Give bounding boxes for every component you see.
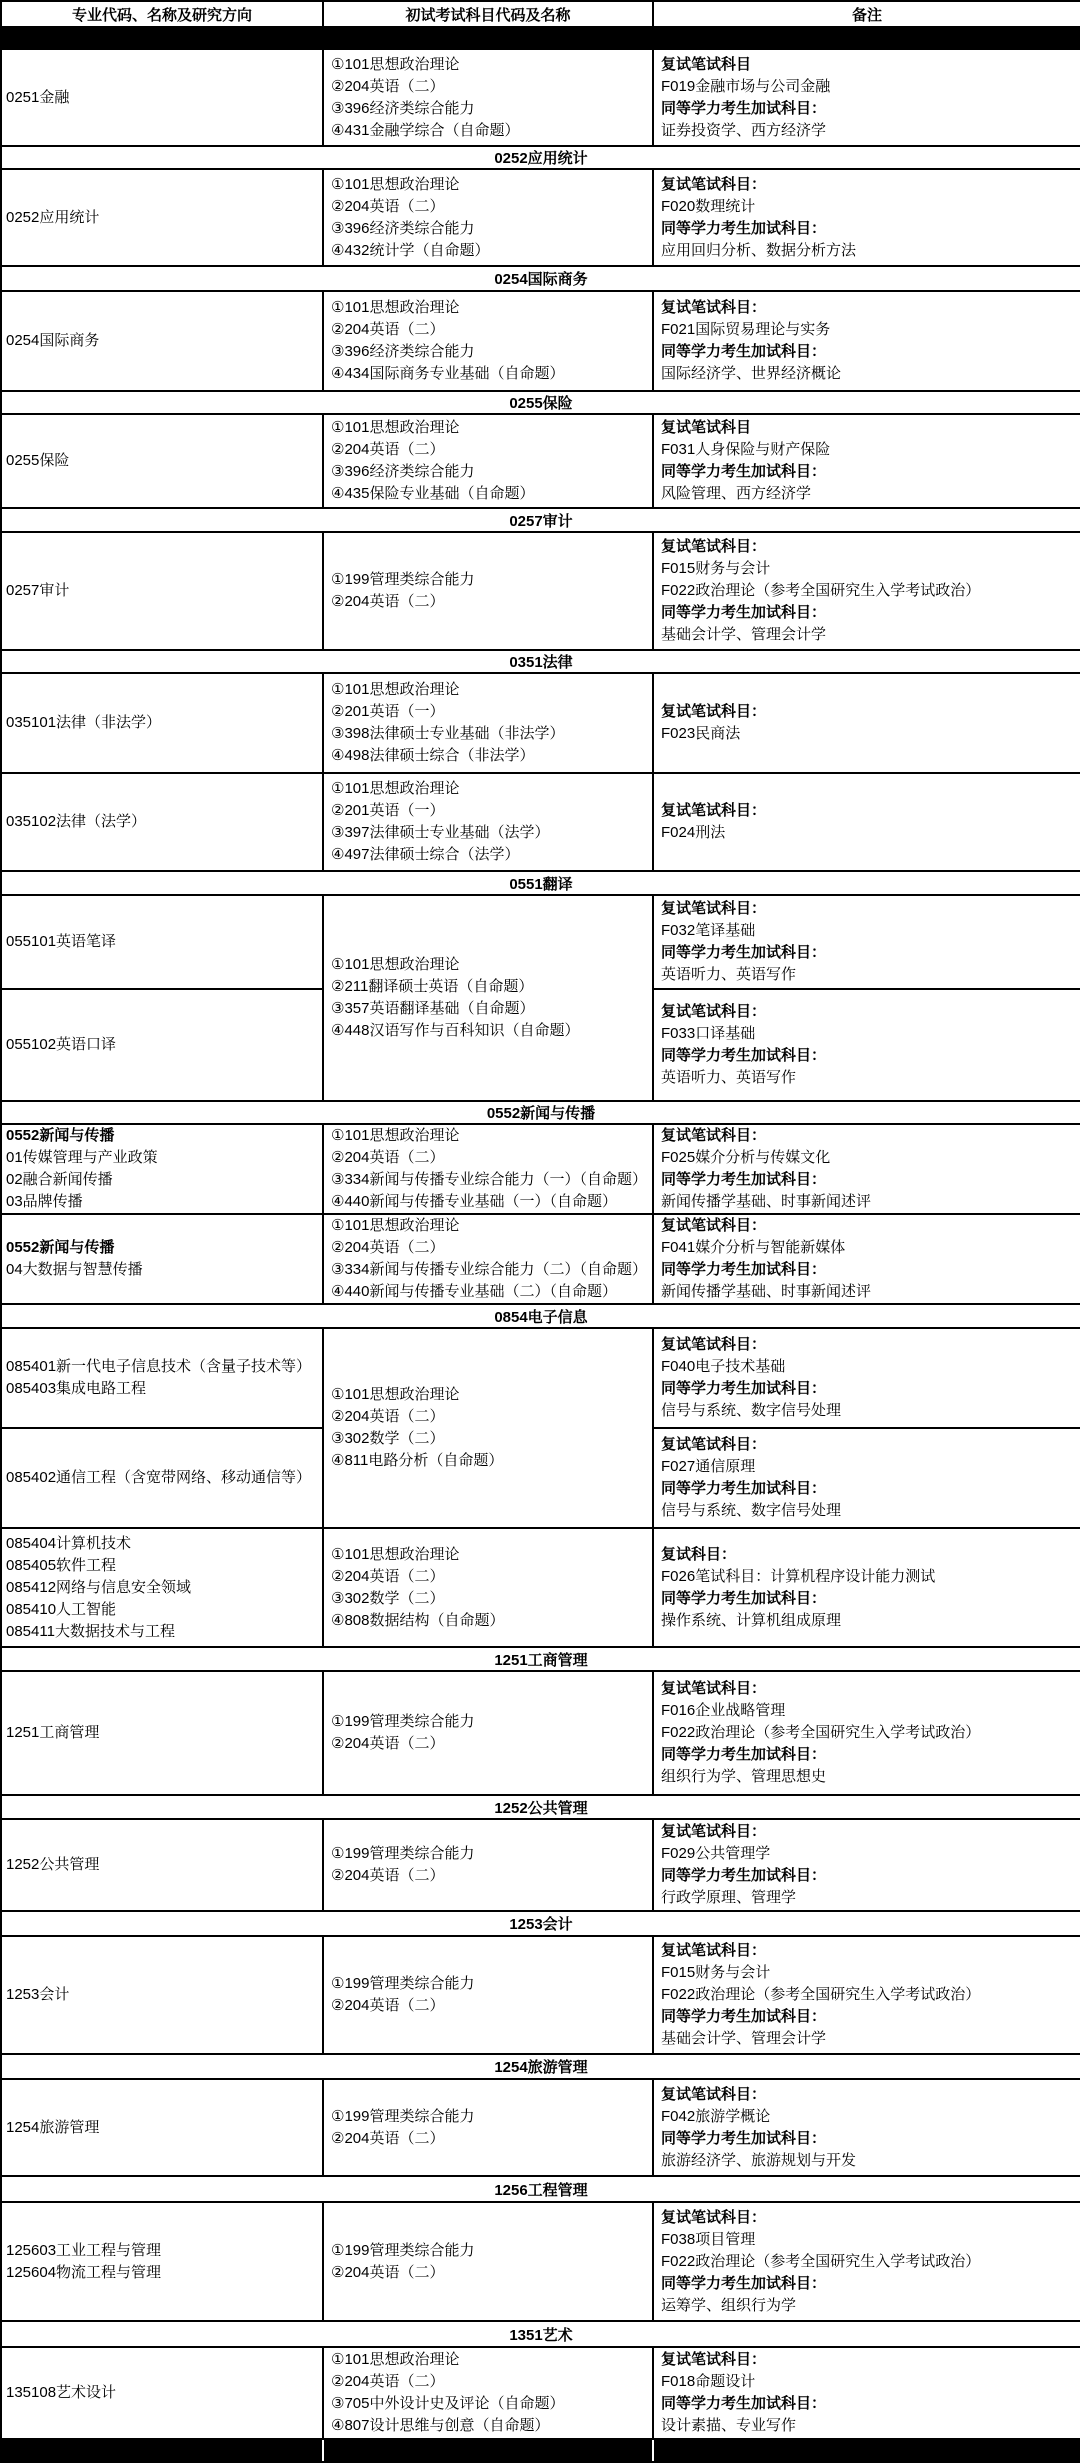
cell-line: ③302数学（二） — [324, 1428, 652, 1450]
major-cell: 1252公共管理 — [1, 1819, 323, 1911]
cell-line: F015财务与会计 — [654, 1962, 1080, 1984]
exam-cell: ①101思想政治理论②204英语（二）③705中外设计史及评论（自命题）④807… — [323, 2347, 653, 2439]
section-header-row: 1256工程管理 — [1, 2176, 1080, 2202]
section-title: 1252公共管理 — [1, 1795, 1080, 1819]
remark-cell: 复试笔试科目：F023民商法 — [653, 673, 1080, 773]
cell-line: 复试笔试科目： — [654, 701, 1080, 723]
cell-line: 复试笔试科目： — [654, 898, 1080, 920]
exam-cell: ①101思想政治理论②204英语（二）③302数学（二）④808数据结构（自命题… — [323, 1528, 653, 1647]
major-cell: 125603工业工程与管理125604物流工程与管理 — [1, 2202, 323, 2321]
cell-line: ④497法律硕士综合（法学） — [324, 844, 652, 866]
cell-line: ②201英语（一） — [324, 800, 652, 822]
table-row: 0552新闻与传播01传媒管理与产业政策02融合新闻传播03品牌传播①101思想… — [1, 1124, 1080, 1214]
cell-line: ②201英语（一） — [324, 701, 652, 723]
section-header-row: 0854电子信息 — [1, 1304, 1080, 1328]
cell-line: 01传媒管理与产业政策 — [2, 1147, 322, 1169]
cell-line: ②204英语（二） — [324, 1733, 652, 1755]
cell-line: F041媒介分析与智能新媒体 — [654, 1237, 1080, 1259]
table-row: 1252公共管理①199管理类综合能力②204英语（二）复试笔试科目：F029公… — [1, 1819, 1080, 1911]
remark-cell: 复试笔试科目：F016企业战略管理F022政治理论（参考全国研究生入学考试政治）… — [653, 1671, 1080, 1795]
cell-line: 04大数据与智慧传播 — [2, 1259, 322, 1281]
major-cell: 055101英语笔译 — [1, 895, 323, 989]
cell-line: ③334新闻与传播专业综合能力（一）（自命题） — [324, 1169, 652, 1191]
remark-cell: 复试笔试科目：F015财务与会计F022政治理论（参考全国研究生入学考试政治）同… — [653, 532, 1080, 650]
exam-cell: ①199管理类综合能力②204英语（二） — [323, 2202, 653, 2321]
cell-line: 复试笔试科目： — [654, 1821, 1080, 1843]
cell-line: 复试笔试科目： — [654, 2084, 1080, 2106]
cell-line: 国际经济学、世界经济概论 — [654, 363, 1080, 385]
table-row: 0254国际商务①101思想政治理论②204英语（二）③396经济类综合能力④4… — [1, 291, 1080, 391]
table-row: 1254旅游管理①199管理类综合能力②204英语（二）复试笔试科目：F042旅… — [1, 2079, 1080, 2176]
remark-cell: 复试笔试科目：F027通信原理同等学力考生加试科目：信号与系统、数字信号处理 — [653, 1428, 1080, 1528]
cell-line: 同等学力考生加试科目： — [654, 2128, 1080, 2150]
cell-line: 125603工业工程与管理 — [2, 2240, 322, 2262]
section-header-row: 0351法律 — [1, 650, 1080, 673]
cell-line: ②204英语（二） — [324, 1237, 652, 1259]
cell-line: ②204英语（二） — [324, 319, 652, 341]
cell-line: ③396经济类综合能力 — [324, 341, 652, 363]
table-row: 1251工商管理①199管理类综合能力②204英语（二）复试笔试科目：F016企… — [1, 1671, 1080, 1795]
divider-band-cell — [653, 2439, 1080, 2462]
cell-line: 复试笔试科目： — [654, 1334, 1080, 1356]
section-title: 1256工程管理 — [1, 2176, 1080, 2202]
cell-line: 同等学力考生加试科目： — [654, 1478, 1080, 1500]
exam-cell: ①101思想政治理论②201英语（一）③397法律硕士专业基础（法学）④497法… — [323, 773, 653, 871]
exam-cell: ①101思想政治理论②211翻译硕士英语（自命题）③357英语翻译基础（自命题）… — [323, 895, 653, 1101]
cell-line: 同等学力考生加试科目： — [654, 98, 1080, 120]
cell-line: 证券投资学、西方经济学 — [654, 120, 1080, 142]
cell-line: ①101思想政治理论 — [324, 2349, 652, 2371]
exam-cell: ①101思想政治理论②204英语（二）③396经济类综合能力④431金融学综合（… — [323, 49, 653, 146]
cell-line: 新闻传播学基础、时事新闻述评 — [654, 1281, 1080, 1303]
cell-line: ③302数学（二） — [324, 1588, 652, 1610]
cell-line: ④431金融学综合（自命题） — [324, 120, 652, 142]
cell-line: ①101思想政治理论 — [324, 679, 652, 701]
cell-line: F029公共管理学 — [654, 1843, 1080, 1865]
cell-line: 同等学力考生加试科目： — [654, 341, 1080, 363]
cell-line: 同等学力考生加试科目： — [654, 942, 1080, 964]
major-cell: 0255保险 — [1, 414, 323, 508]
major-cell: 085404计算机技术085405软件工程085412网络与信息安全领域0854… — [1, 1528, 323, 1647]
divider-band-row — [1, 27, 1080, 49]
cell-line: F025媒介分析与传媒文化 — [654, 1147, 1080, 1169]
cell-line: 085410人工智能 — [2, 1599, 322, 1621]
cell-line: 复试科目： — [654, 1544, 1080, 1566]
cell-line: 英语听力、英语写作 — [654, 964, 1080, 986]
cell-line: ②204英语（二） — [324, 2262, 652, 2284]
remark-cell: 复试笔试科目：F041媒介分析与智能新媒体同等学力考生加试科目：新闻传播学基础、… — [653, 1214, 1080, 1304]
cell-line: ①199管理类综合能力 — [324, 569, 652, 591]
section-header-row: 0257审计 — [1, 508, 1080, 532]
cell-line: F031人身保险与财产保险 — [654, 439, 1080, 461]
cell-line: ②204英语（二） — [324, 2371, 652, 2393]
section-title: 0252应用统计 — [1, 146, 1080, 169]
cell-line: ④432统计学（自命题） — [324, 240, 652, 262]
section-header-row: 1253会计 — [1, 1911, 1080, 1936]
major-cell: 035101法律（非法学） — [1, 673, 323, 773]
section-title: 0551翻译 — [1, 871, 1080, 895]
cell-line: F033口译基础 — [654, 1023, 1080, 1045]
remark-cell: 复试笔试科目：F024刑法 — [653, 773, 1080, 871]
exam-cell: ①101思想政治理论②204英语（二）③334新闻与传播专业综合能力（一）（自命… — [323, 1124, 653, 1214]
cell-line: ①101思想政治理论 — [324, 54, 652, 76]
cell-line: ③396经济类综合能力 — [324, 461, 652, 483]
cell-line: F026笔试科目：计算机程序设计能力测试 — [654, 1566, 1080, 1588]
cell-line: ①199管理类综合能力 — [324, 1843, 652, 1865]
section-title: 1253会计 — [1, 1911, 1080, 1936]
table-row: 0251金融①101思想政治理论②204英语（二）③396经济类综合能力④431… — [1, 49, 1080, 146]
cell-line: ③357英语翻译基础（自命题） — [324, 998, 652, 1020]
section-title: 0351法律 — [1, 650, 1080, 673]
cell-line: 复试笔试科目： — [654, 1125, 1080, 1147]
major-cell: 0552新闻与传播01传媒管理与产业政策02融合新闻传播03品牌传播 — [1, 1124, 323, 1214]
cell-line: ③396经济类综合能力 — [324, 98, 652, 120]
section-header-row: 1252公共管理 — [1, 1795, 1080, 1819]
cell-line: ①199管理类综合能力 — [324, 2240, 652, 2262]
section-header-row: 1251工商管理 — [1, 1647, 1080, 1671]
cell-line: 1251工商管理 — [2, 1722, 322, 1744]
cell-line: 同等学力考生加试科目： — [654, 1744, 1080, 1766]
remark-cell: 复试笔试科目：F033口译基础同等学力考生加试科目：英语听力、英语写作 — [653, 989, 1080, 1101]
major-cell: 0251金融 — [1, 49, 323, 146]
exam-subjects-table: 专业代码、名称及研究方向 初试考试科目代码及名称 备注 0251金融①101思想… — [0, 0, 1080, 2463]
cell-line: ①101思想政治理论 — [324, 1125, 652, 1147]
divider-band-cell — [1, 2439, 323, 2462]
exam-cell: ①199管理类综合能力②204英语（二） — [323, 1819, 653, 1911]
cell-line: 085405软件工程 — [2, 1555, 322, 1577]
cell-line: ④434国际商务专业基础（自命题） — [324, 363, 652, 385]
remark-cell: 复试笔试科目：F018命题设计同等学力考生加试科目：设计素描、专业写作 — [653, 2347, 1080, 2439]
cell-line: 0257审计 — [2, 580, 322, 602]
section-header-row: 0551翻译 — [1, 871, 1080, 895]
cell-line: F020数理统计 — [654, 196, 1080, 218]
remark-cell: 复试笔试科目：F040电子技术基础同等学力考生加试科目：信号与系统、数字信号处理 — [653, 1328, 1080, 1428]
cell-line: F042旅游学概论 — [654, 2106, 1080, 2128]
cell-line: 1253会计 — [2, 1984, 322, 2006]
cell-line: ①101思想政治理论 — [324, 417, 652, 439]
cell-line: 同等学力考生加试科目： — [654, 461, 1080, 483]
remark-cell: 复试笔试科目：F015财务与会计F022政治理论（参考全国研究生入学考试政治）同… — [653, 1936, 1080, 2054]
cell-line: 旅游经济学、旅游规划与开发 — [654, 2150, 1080, 2172]
cell-line: 同等学力考生加试科目： — [654, 2006, 1080, 2028]
section-title: 0257审计 — [1, 508, 1080, 532]
cell-line: ①101思想政治理论 — [324, 954, 652, 976]
cell-line: ①101思想政治理论 — [324, 1544, 652, 1566]
cell-line: F022政治理论（参考全国研究生入学考试政治） — [654, 580, 1080, 602]
cell-line: 0254国际商务 — [2, 330, 322, 352]
divider-band-cell — [1, 27, 1080, 49]
table-row: 085404计算机技术085405软件工程085412网络与信息安全领域0854… — [1, 1528, 1080, 1647]
cell-line: 085411大数据技术与工程 — [2, 1621, 322, 1643]
section-header-row: 1351艺术 — [1, 2321, 1080, 2347]
column-header-major: 专业代码、名称及研究方向 — [1, 1, 323, 27]
cell-line: F022政治理论（参考全国研究生入学考试政治） — [654, 1722, 1080, 1744]
cell-line: 基础会计学、管理会计学 — [654, 2028, 1080, 2050]
cell-line: 英语听力、英语写作 — [654, 1067, 1080, 1089]
remark-cell: 复试笔试科目F019金融市场与公司金融同等学力考生加试科目：证券投资学、西方经济… — [653, 49, 1080, 146]
cell-line: ④440新闻与传播专业基础（一）（自命题） — [324, 1191, 652, 1213]
major-cell: 0254国际商务 — [1, 291, 323, 391]
cell-line: 复试笔试科目： — [654, 536, 1080, 558]
cell-line: 同等学力考生加试科目： — [654, 1259, 1080, 1281]
table-header-row: 专业代码、名称及研究方向 初试考试科目代码及名称 备注 — [1, 1, 1080, 27]
section-title: 1351艺术 — [1, 2321, 1080, 2347]
cell-line: ④440新闻与传播专业基础（二）（自命题） — [324, 1281, 652, 1303]
cell-line: 复试笔试科目： — [654, 1001, 1080, 1023]
cell-line: ④498法律硕士综合（非法学） — [324, 745, 652, 767]
cell-line: ②204英语（二） — [324, 76, 652, 98]
remark-cell: 复试笔试科目：F025媒介分析与传媒文化同等学力考生加试科目：新闻传播学基础、时… — [653, 1124, 1080, 1214]
cell-line: 行政学原理、管理学 — [654, 1887, 1080, 1909]
cell-line: ①199管理类综合能力 — [324, 1711, 652, 1733]
cell-line: 035101法律（非法学） — [2, 712, 322, 734]
remark-cell: 复试笔试科目：F029公共管理学同等学力考生加试科目：行政学原理、管理学 — [653, 1819, 1080, 1911]
table-row: 035102法律（法学）①101思想政治理论②201英语（一）③397法律硕士专… — [1, 773, 1080, 871]
cell-line: 同等学力考生加试科目： — [654, 1378, 1080, 1400]
table-row: 035101法律（非法学）①101思想政治理论②201英语（一）③398法律硕士… — [1, 673, 1080, 773]
cell-line: 信号与系统、数字信号处理 — [654, 1500, 1080, 1522]
exam-cell: ①199管理类综合能力②204英语（二） — [323, 1671, 653, 1795]
remark-cell: 复试笔试科目：F032笔译基础同等学力考生加试科目：英语听力、英语写作 — [653, 895, 1080, 989]
major-cell: 1254旅游管理 — [1, 2079, 323, 2176]
section-header-row: 0255保险 — [1, 391, 1080, 414]
exam-cell: ①199管理类综合能力②204英语（二） — [323, 532, 653, 650]
cell-line: 035102法律（法学） — [2, 811, 322, 833]
major-cell: 085401新一代电子信息技术（含量子技术等）085403集成电路工程 — [1, 1328, 323, 1428]
cell-line: 1254旅游管理 — [2, 2117, 322, 2139]
cell-line: ④807设计思维与创意（自命题） — [324, 2415, 652, 2437]
cell-line: 信号与系统、数字信号处理 — [654, 1400, 1080, 1422]
major-cell: 055102英语口译 — [1, 989, 323, 1101]
table-row: 0252应用统计①101思想政治理论②204英语（二）③396经济类综合能力④4… — [1, 169, 1080, 266]
remark-cell: 复试科目：F026笔试科目：计算机程序设计能力测试同等学力考生加试科目：操作系统… — [653, 1528, 1080, 1647]
cell-line: 复试笔试科目： — [654, 2207, 1080, 2229]
cell-line: 055102英语口译 — [2, 1034, 322, 1056]
cell-line: 同等学力考生加试科目： — [654, 218, 1080, 240]
cell-line: 复试笔试科目： — [654, 2349, 1080, 2371]
cell-line: 1252公共管理 — [2, 1854, 322, 1876]
cell-line: ④435保险专业基础（自命题） — [324, 483, 652, 505]
cell-line: 复试笔试科目： — [654, 800, 1080, 822]
cell-line: ②204英语（二） — [324, 1566, 652, 1588]
cell-line: 055101英语笔译 — [2, 931, 322, 953]
cell-line: 复试笔试科目： — [654, 297, 1080, 319]
cell-line: 应用回归分析、数据分析方法 — [654, 240, 1080, 262]
cell-line: 同等学力考生加试科目： — [654, 2273, 1080, 2295]
cell-line: ①101思想政治理论 — [324, 174, 652, 196]
cell-line: F022政治理论（参考全国研究生入学考试政治） — [654, 1984, 1080, 2006]
cell-line: ②204英语（二） — [324, 1147, 652, 1169]
table-row: 1253会计①199管理类综合能力②204英语（二）复试笔试科目：F015财务与… — [1, 1936, 1080, 2054]
table-row: 085401新一代电子信息技术（含量子技术等）085403集成电路工程①101思… — [1, 1328, 1080, 1428]
cell-line: F040电子技术基础 — [654, 1356, 1080, 1378]
cell-line: 085401新一代电子信息技术（含量子技术等） — [2, 1356, 322, 1378]
section-header-row: 0254国际商务 — [1, 266, 1080, 291]
cell-line: 02融合新闻传播 — [2, 1169, 322, 1191]
cell-line: 125604物流工程与管理 — [2, 2262, 322, 2284]
remark-cell: 复试笔试科目：F042旅游学概论同等学力考生加试科目：旅游经济学、旅游规划与开发 — [653, 2079, 1080, 2176]
section-title: 0552新闻与传播 — [1, 1101, 1080, 1124]
cell-line: ②204英语（二） — [324, 1995, 652, 2017]
section-header-row: 0552新闻与传播 — [1, 1101, 1080, 1124]
cell-line: ①101思想政治理论 — [324, 297, 652, 319]
cell-line: 同等学力考生加试科目： — [654, 2393, 1080, 2415]
cell-line: F021国际贸易理论与实务 — [654, 319, 1080, 341]
table-row: 055101英语笔译①101思想政治理论②211翻译硕士英语（自命题）③357英… — [1, 895, 1080, 989]
remark-cell: 复试笔试科目：F020数理统计同等学力考生加试科目：应用回归分析、数据分析方法 — [653, 169, 1080, 266]
cell-line: F019金融市场与公司金融 — [654, 76, 1080, 98]
cell-line: 组织行为学、管理思想史 — [654, 1766, 1080, 1788]
exam-cell: ①101思想政治理论②201英语（一）③398法律硕士专业基础（非法学）④498… — [323, 673, 653, 773]
cell-line: F018命题设计 — [654, 2371, 1080, 2393]
cell-line: ③398法律硕士专业基础（非法学） — [324, 723, 652, 745]
cell-line: ④448汉语写作与百科知识（自命题） — [324, 1020, 652, 1042]
remark-cell: 复试笔试科目：F021国际贸易理论与实务同等学力考生加试科目：国际经济学、世界经… — [653, 291, 1080, 391]
cell-line: ④808数据结构（自命题） — [324, 1610, 652, 1632]
major-cell: 085402通信工程（含宽带网络、移动通信等） — [1, 1428, 323, 1528]
major-cell: 135108艺术设计 — [1, 2347, 323, 2439]
cell-line: 0552新闻与传播 — [2, 1237, 322, 1259]
cell-line: ④811电路分析（自命题） — [324, 1450, 652, 1472]
cell-line: ①199管理类综合能力 — [324, 2106, 652, 2128]
cell-line: ③396经济类综合能力 — [324, 218, 652, 240]
cell-line: 085404计算机技术 — [2, 1533, 322, 1555]
table-body: 0251金融①101思想政治理论②204英语（二）③396经济类综合能力④431… — [1, 27, 1080, 2462]
cell-line: F032笔译基础 — [654, 920, 1080, 942]
section-title: 1254旅游管理 — [1, 2054, 1080, 2079]
cell-line: 0251金融 — [2, 87, 322, 109]
cell-line: 复试笔试科目： — [654, 1940, 1080, 1962]
major-cell: 035102法律（法学） — [1, 773, 323, 871]
cell-line: 同等学力考生加试科目： — [654, 602, 1080, 624]
cell-line: 同等学力考生加试科目： — [654, 1045, 1080, 1067]
cell-line: ①101思想政治理论 — [324, 1215, 652, 1237]
table-row: 0257审计①199管理类综合能力②204英语（二）复试笔试科目：F015财务与… — [1, 532, 1080, 650]
section-title: 1251工商管理 — [1, 1647, 1080, 1671]
remark-cell: 复试笔试科目F031人身保险与财产保险同等学力考生加试科目：风险管理、西方经济学 — [653, 414, 1080, 508]
cell-line: 085403集成电路工程 — [2, 1378, 322, 1400]
cell-line: F038项目管理 — [654, 2229, 1080, 2251]
exam-cell: ①101思想政治理论②204英语（二）③302数学（二）④811电路分析（自命题… — [323, 1328, 653, 1528]
exam-cell: ①101思想政治理论②204英语（二）③334新闻与传播专业综合能力（二）（自命… — [323, 1214, 653, 1304]
section-title: 0255保险 — [1, 391, 1080, 414]
cell-line: F015财务与会计 — [654, 558, 1080, 580]
remark-cell: 复试笔试科目：F038项目管理F022政治理论（参考全国研究生入学考试政治）同等… — [653, 2202, 1080, 2321]
divider-band-cell — [323, 2439, 653, 2462]
table-row: 0255保险①101思想政治理论②204英语（二）③396经济类综合能力④435… — [1, 414, 1080, 508]
cell-line: ③397法律硕士专业基础（法学） — [324, 822, 652, 844]
cell-line: F016企业战略管理 — [654, 1700, 1080, 1722]
exam-cell: ①199管理类综合能力②204英语（二） — [323, 2079, 653, 2176]
section-title: 0254国际商务 — [1, 266, 1080, 291]
cell-line: ②204英语（二） — [324, 439, 652, 461]
cell-line: F023民商法 — [654, 723, 1080, 745]
cell-line: 03品牌传播 — [2, 1191, 322, 1213]
cell-line: F027通信原理 — [654, 1456, 1080, 1478]
cell-line: 同等学力考生加试科目： — [654, 1588, 1080, 1610]
column-header-remark: 备注 — [653, 1, 1080, 27]
exam-cell: ①199管理类综合能力②204英语（二） — [323, 1936, 653, 2054]
section-header-row: 0252应用统计 — [1, 146, 1080, 169]
cell-line: 复试笔试科目 — [654, 417, 1080, 439]
cell-line: 设计素描、专业写作 — [654, 2415, 1080, 2437]
table-row: 0552新闻与传播04大数据与智慧传播①101思想政治理论②204英语（二）③3… — [1, 1214, 1080, 1304]
cell-line: ②204英语（二） — [324, 196, 652, 218]
section-title: 0854电子信息 — [1, 1304, 1080, 1328]
cell-line: 0252应用统计 — [2, 207, 322, 229]
cell-line: 复试笔试科目： — [654, 1434, 1080, 1456]
cell-line: ②204英语（二） — [324, 1865, 652, 1887]
cell-line: 085412网络与信息安全领域 — [2, 1577, 322, 1599]
cell-line: 同等学力考生加试科目： — [654, 1865, 1080, 1887]
cell-line: 运筹学、组织行为学 — [654, 2295, 1080, 2317]
major-cell: 0252应用统计 — [1, 169, 323, 266]
cell-line: ③334新闻与传播专业综合能力（二）（自命题） — [324, 1259, 652, 1281]
cell-line: 基础会计学、管理会计学 — [654, 624, 1080, 646]
cell-line: 操作系统、计算机组成原理 — [654, 1610, 1080, 1632]
cell-line: 复试笔试科目： — [654, 174, 1080, 196]
cell-line: 0552新闻与传播 — [2, 1125, 322, 1147]
table-row: 125603工业工程与管理125604物流工程与管理①199管理类综合能力②20… — [1, 2202, 1080, 2321]
cell-line: ②204英语（二） — [324, 1406, 652, 1428]
cell-line: 复试笔试科目： — [654, 1215, 1080, 1237]
cell-line: ①199管理类综合能力 — [324, 1973, 652, 1995]
section-header-row: 1254旅游管理 — [1, 2054, 1080, 2079]
column-header-exam: 初试考试科目代码及名称 — [323, 1, 653, 27]
cell-line: 135108艺术设计 — [2, 2382, 322, 2404]
exam-cell: ①101思想政治理论②204英语（二）③396经济类综合能力④434国际商务专业… — [323, 291, 653, 391]
cell-line: ②211翻译硕士英语（自命题） — [324, 976, 652, 998]
cell-line: ③705中外设计史及评论（自命题） — [324, 2393, 652, 2415]
exam-cell: ①101思想政治理论②204英语（二）③396经济类综合能力④435保险专业基础… — [323, 414, 653, 508]
cell-line: ①101思想政治理论 — [324, 1384, 652, 1406]
major-cell: 1251工商管理 — [1, 1671, 323, 1795]
cell-line: ②204英语（二） — [324, 2128, 652, 2150]
exam-cell: ①101思想政治理论②204英语（二）③396经济类综合能力④432统计学（自命… — [323, 169, 653, 266]
cell-line: ②204英语（二） — [324, 591, 652, 613]
cell-line: 风险管理、西方经济学 — [654, 483, 1080, 505]
cell-line: F022政治理论（参考全国研究生入学考试政治） — [654, 2251, 1080, 2273]
cell-line: F024刑法 — [654, 822, 1080, 844]
cell-line: ①101思想政治理论 — [324, 778, 652, 800]
cell-line: 0255保险 — [2, 450, 322, 472]
cell-line: 新闻传播学基础、时事新闻述评 — [654, 1191, 1080, 1213]
cell-line: 同等学力考生加试科目： — [654, 1169, 1080, 1191]
major-cell: 0257审计 — [1, 532, 323, 650]
major-cell: 0552新闻与传播04大数据与智慧传播 — [1, 1214, 323, 1304]
major-cell: 1253会计 — [1, 1936, 323, 2054]
cell-line: 复试笔试科目 — [654, 54, 1080, 76]
cell-line: 复试笔试科目： — [654, 1678, 1080, 1700]
table-row: 135108艺术设计①101思想政治理论②204英语（二）③705中外设计史及评… — [1, 2347, 1080, 2439]
divider-band-row — [1, 2439, 1080, 2462]
cell-line: 085402通信工程（含宽带网络、移动通信等） — [2, 1467, 322, 1489]
